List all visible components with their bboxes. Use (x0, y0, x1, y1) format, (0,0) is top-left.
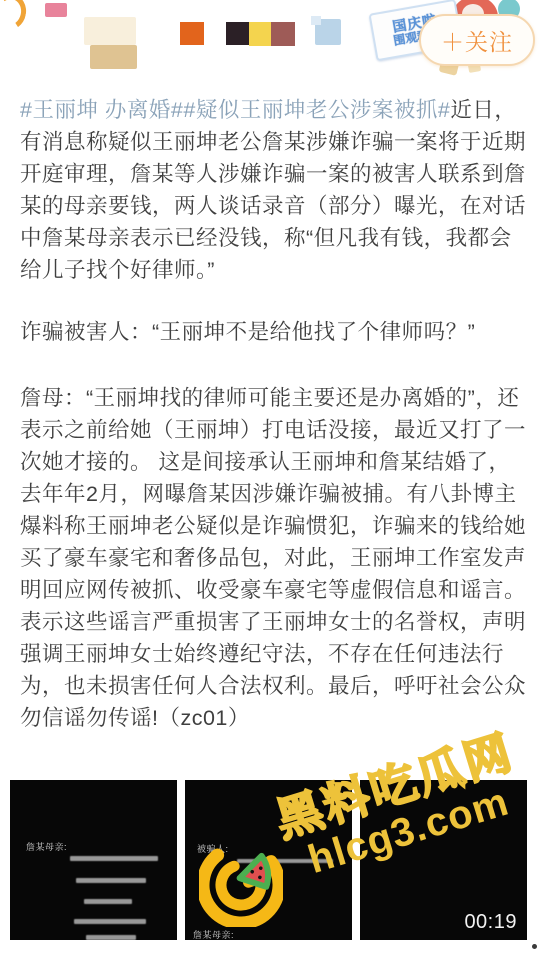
paragraph-2: 诈骗被害人：“王丽坤不是给他找了个律师吗？” (20, 316, 526, 348)
photo-fragment-blue (315, 19, 341, 45)
speaker-label: 詹某母亲: (26, 840, 67, 853)
photo-fragment-yellow (249, 22, 271, 46)
photo-fragment-orange (180, 22, 204, 45)
video-thumbnail-1[interactable]: 詹某母亲: (10, 780, 177, 940)
photo-fragment-cream (84, 17, 136, 45)
subtitle-line (70, 856, 158, 861)
follow-button[interactable]: ＋关注 (419, 14, 535, 66)
paragraph-1: #王丽坤 办离婚##疑似王丽坤老公涉案被抓#近日，有消息称疑似王丽坤老公詹某涉嫌… (20, 94, 526, 286)
subtitle-line (76, 878, 146, 883)
page-indicator-dot (532, 944, 537, 949)
paragraph-1-text: 近日，有消息称疑似王丽坤老公詹某涉嫌诈骗一案将于近期开庭审理，詹某等人涉嫌诈骗一… (20, 98, 526, 282)
subtitle-line (84, 899, 132, 904)
photo-fragment-tan (90, 45, 137, 69)
video-thumbnail-2[interactable]: 被骗人: 詹某母亲: (185, 780, 352, 940)
subtitle-line (74, 919, 146, 924)
speaker-label: 詹某母亲: (193, 928, 234, 940)
photo-fragment-maroon (271, 22, 295, 46)
photo-fragment-pink (45, 3, 67, 17)
video-gallery: 詹某母亲: 被骗人: 詹某母亲: 00:19 (10, 780, 527, 940)
subtitle-line (86, 935, 136, 940)
watermelon-logo-icon (199, 843, 283, 927)
post-body: #王丽坤 办离婚##疑似王丽坤老公涉案被抓#近日，有消息称疑似王丽坤老公詹某涉嫌… (20, 94, 526, 764)
video-duration: 00:19 (464, 911, 517, 934)
photo-fragment-dark (226, 22, 249, 45)
cropped-avatar-ring (0, 0, 29, 33)
paragraph-3: 詹母：“王丽坤找的律师可能主要还是办离婚的”，还表示之前给她（王丽坤）打电话没接… (20, 382, 526, 734)
video-thumbnail-3[interactable]: 00:19 (360, 780, 527, 940)
hashtag-links[interactable]: #王丽坤 办离婚##疑似王丽坤老公涉案被抓# (20, 98, 450, 122)
